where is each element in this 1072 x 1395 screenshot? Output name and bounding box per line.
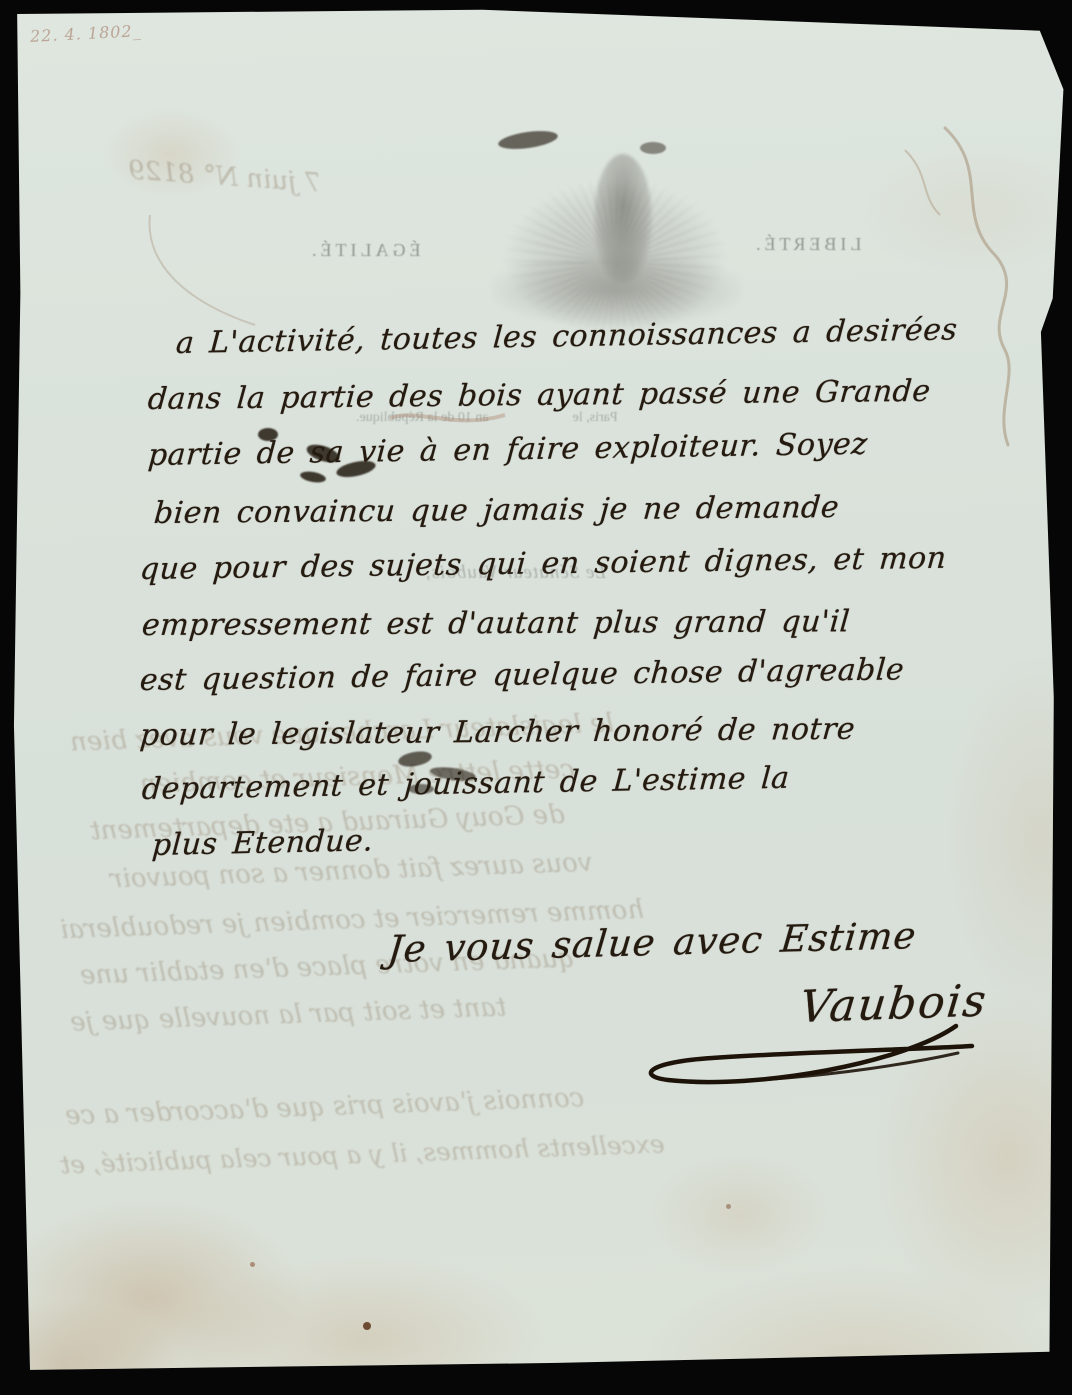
letter-paper: ÉGALITÉ. LIBERTÉ. Paris, le an 10 de la … (0, 0, 1072, 1395)
signature-flourish (0, 0, 1072, 1395)
letter-body: a L'activité, toutes les connoissances a… (0, 0, 1072, 1395)
paper-speck (250, 1262, 255, 1267)
ink-blot (408, 784, 434, 794)
ink-blot (258, 428, 278, 441)
scan-background: ÉGALITÉ. LIBERTÉ. Paris, le an 10 de la … (0, 0, 1072, 1395)
ink-blot (640, 142, 666, 154)
paper-speck (726, 1204, 731, 1209)
paper-speck (363, 1322, 371, 1330)
